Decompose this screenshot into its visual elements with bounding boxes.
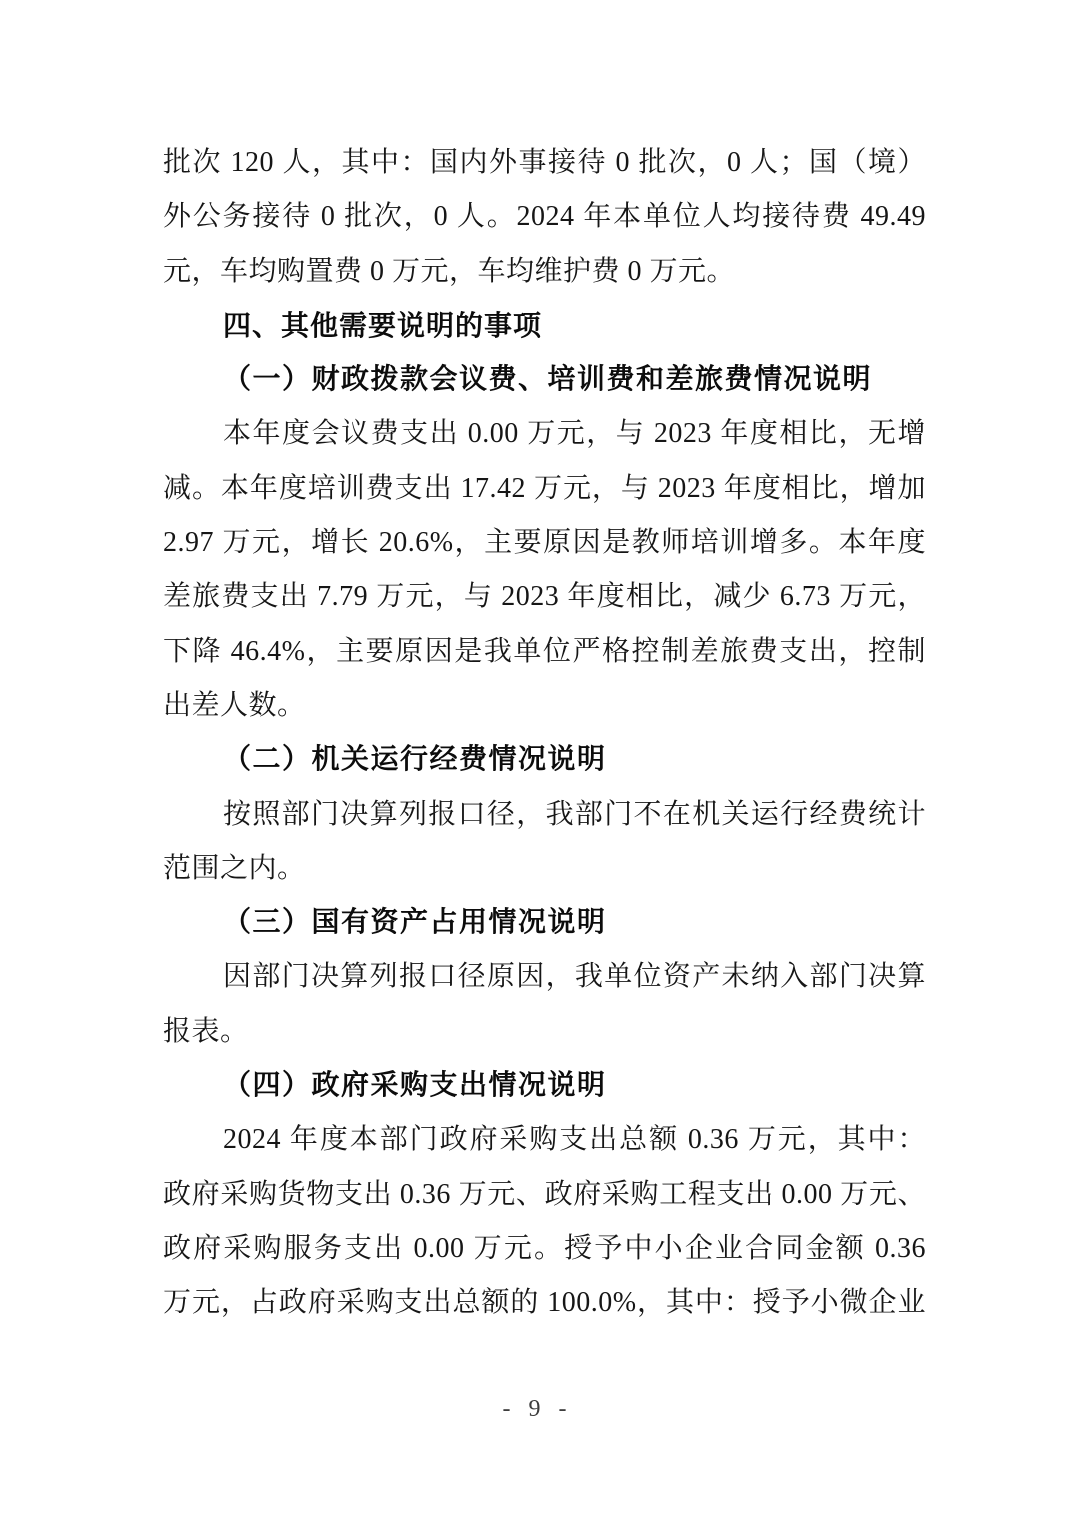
text-line: 2.97 万元，增长 20.6%，主要原因是教师培训增多。本年度 xyxy=(163,516,926,570)
subsection-heading: （二）机关运行经费情况说明 xyxy=(163,733,926,787)
section-heading: 四、其他需要说明的事项 xyxy=(163,299,926,353)
text-line: 2024 年度本部门政府采购支出总额 0.36 万元，其中： xyxy=(163,1113,926,1167)
text-line: 万元，占政府采购支出总额的 100.0%，其中：授予小微企业 xyxy=(163,1276,926,1330)
text-line: 外公务接待 0 批次，0 人。2024 年本单位人均接待费 49.49 xyxy=(163,190,926,244)
document-content: 批次 120 人，其中：国内外事接待 0 批次，0 人；国（境）外公务接待 0 … xyxy=(163,136,926,1331)
text-line: 报表。 xyxy=(163,1005,926,1059)
text-line: 按照部门决算列报口径，我部门不在机关运行经费统计 xyxy=(163,788,926,842)
subsection-heading: （一）财政拨款会议费、培训费和差旅费情况说明 xyxy=(163,353,926,407)
text-line: 政府采购货物支出 0.36 万元、政府采购工程支出 0.00 万元、 xyxy=(163,1168,926,1222)
text-line: 范围之内。 xyxy=(163,842,926,896)
text-line: 出差人数。 xyxy=(163,679,926,733)
text-line: 批次 120 人，其中：国内外事接待 0 批次，0 人；国（境） xyxy=(163,136,926,190)
text-line: 本年度会议费支出 0.00 万元，与 2023 年度相比，无增 xyxy=(163,407,926,461)
text-line: 政府采购服务支出 0.00 万元。授予中小企业合同金额 0.36 xyxy=(163,1222,926,1276)
subsection-heading: （四）政府采购支出情况说明 xyxy=(163,1059,926,1113)
text-line: 元，车均购置费 0 万元，车均维护费 0 万元。 xyxy=(163,245,926,299)
document-page: 批次 120 人，其中：国内外事接待 0 批次，0 人；国（境）外公务接待 0 … xyxy=(0,0,1075,1520)
text-line: 差旅费支出 7.79 万元，与 2023 年度相比，减少 6.73 万元， xyxy=(163,570,926,624)
subsection-heading: （三）国有资产占用情况说明 xyxy=(163,896,926,950)
page-footer: - 9 - xyxy=(0,1396,1075,1423)
text-line: 减。本年度培训费支出 17.42 万元，与 2023 年度相比，增加 xyxy=(163,462,926,516)
text-line: 下降 46.4%，主要原因是我单位严格控制差旅费支出，控制 xyxy=(163,625,926,679)
page-number: - 9 - xyxy=(503,1396,573,1422)
text-line: 因部门决算列报口径原因，我单位资产未纳入部门决算 xyxy=(163,950,926,1004)
